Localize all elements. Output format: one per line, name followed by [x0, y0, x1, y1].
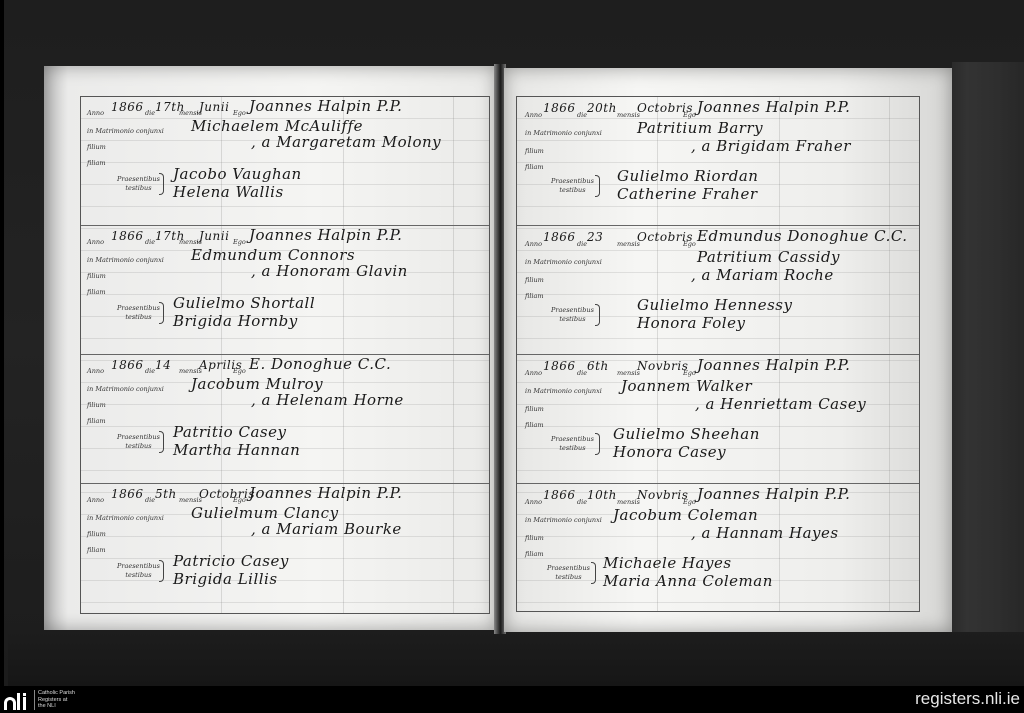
entry-bride: , a Margaretam Molony [251, 133, 441, 151]
label-anno: Anno [525, 111, 542, 119]
label-filium: filium [87, 143, 106, 151]
entry-day: 20th [587, 101, 617, 115]
entry-priest: Joannes Halpin P.P. [697, 356, 850, 374]
label-praesentibus-testibus: Praesentibustestibus [117, 433, 160, 451]
entry-month: Junii [199, 229, 229, 243]
entry-day: 14 [155, 358, 171, 372]
entry-day: 5th [155, 487, 177, 501]
label-filium: filium [87, 530, 106, 538]
label-ego: Ego [233, 367, 246, 375]
label-ego: Ego [683, 369, 696, 377]
entry-day: 10th [587, 488, 617, 502]
label-praesentibus-testibus: Praesentibustestibus [551, 177, 594, 195]
marriage-entry: Anno 1866 die 10th mensis Novbris Ego Jo… [517, 484, 919, 613]
entry-witness2: Honora Casey [613, 443, 726, 461]
entry-priest: Edmundus Donoghue C.C. [697, 227, 908, 245]
label-praesentibus-testibus: Praesentibustestibus [547, 564, 590, 582]
label-conjunxi: in Matrimonio conjunxi [525, 516, 602, 524]
entry-bride: , a Brigidam Fraher [691, 137, 851, 155]
brace [591, 562, 596, 584]
label-praesentibus: Praesentibus [551, 306, 594, 314]
label-filium: filium [87, 401, 106, 409]
label-anno: Anno [525, 369, 542, 377]
label-praesentibus: Praesentibus [117, 433, 160, 441]
scan-background-bottom [8, 632, 1024, 686]
entry-year: 1866 [543, 230, 576, 244]
logo-letter-i [23, 697, 26, 710]
brace [159, 560, 164, 582]
entry-witness2: Catherine Fraher [617, 185, 758, 203]
register-page-left: Anno 1866 die 17th mensis Junii Ego Joan… [44, 66, 496, 630]
entry-day: 6th [587, 359, 609, 373]
entry-month: Junii [199, 100, 229, 114]
label-filium: filium [525, 405, 544, 413]
label-conjunxi: in Matrimonio conjunxi [525, 129, 602, 137]
page-frame: Anno 1866 die 17th mensis Junii Ego Joan… [80, 96, 490, 614]
brace [595, 175, 600, 197]
label-anno: Anno [87, 367, 104, 375]
label-conjunxi: in Matrimonio conjunxi [87, 127, 164, 135]
entry-bride: , a Helenam Horne [251, 391, 404, 409]
entry-witness2: Maria Anna Coleman [603, 572, 773, 590]
label-praesentibus-testibus: Praesentibustestibus [551, 435, 594, 453]
label-filiam: filiam [525, 163, 544, 171]
brand-line: the NLI [38, 703, 75, 710]
entry-bride: , a Henriettam Casey [695, 395, 866, 413]
label-praesentibus: Praesentibus [117, 304, 160, 312]
entry-witness2: Honora Foley [637, 314, 745, 332]
entry-groom: Joannem Walker [621, 377, 752, 395]
entry-priest: Joannes Halpin P.P. [249, 97, 402, 115]
label-die: die [577, 240, 587, 248]
label-praesentibus: Praesentibus [117, 562, 160, 570]
label-testibus: testibus [125, 442, 151, 450]
entry-witness1: Gulielmo Riordan [617, 167, 758, 185]
label-conjunxi: in Matrimonio conjunxi [87, 514, 164, 522]
logo-letter-l [17, 693, 20, 710]
entry-witness2: Brigida Hornby [173, 312, 298, 330]
entry-witness2: Brigida Lillis [173, 570, 278, 588]
label-ego: Ego [683, 498, 696, 506]
marriage-entry: Anno 1866 die 6th mensis Novbris Ego Joa… [517, 355, 919, 484]
marriage-entry: Anno 1866 die 5th mensis Octobris Ego Jo… [81, 484, 489, 613]
label-ego: Ego [233, 109, 246, 117]
brace [159, 431, 164, 453]
brand-line: Catholic Parish [38, 690, 75, 697]
entry-year: 1866 [111, 487, 144, 501]
label-anno: Anno [87, 496, 104, 504]
label-conjunxi: in Matrimonio conjunxi [525, 258, 602, 266]
entry-bride: , a Mariam Roche [691, 266, 834, 284]
label-ego: Ego [683, 240, 696, 248]
label-die: die [577, 498, 587, 506]
entry-month: Octobris [199, 487, 255, 501]
entry-groom: Jacobum Coleman [613, 506, 758, 524]
logo-letter-n [4, 697, 16, 710]
entry-witness2: Helena Wallis [173, 183, 284, 201]
label-conjunxi: in Matrimonio conjunxi [87, 256, 164, 264]
label-filium: filium [525, 534, 544, 542]
entry-year: 1866 [543, 488, 576, 502]
label-filiam: filiam [525, 421, 544, 429]
entry-day: 23 [587, 230, 603, 244]
label-praesentibus-testibus: Praesentibustestibus [117, 562, 160, 580]
label-praesentibus-testibus: Praesentibustestibus [551, 306, 594, 324]
brand-tagline: Catholic Parish Registers at the NLI [34, 690, 75, 710]
label-filium: filium [87, 272, 106, 280]
entry-witness1: Michaele Hayes [603, 554, 732, 572]
label-ego: Ego [233, 238, 246, 246]
label-die: die [145, 496, 155, 504]
label-die: die [145, 109, 155, 117]
scan-viewer[interactable]: Anno 1866 die 17th mensis Junii Ego Joan… [0, 0, 1024, 686]
entry-bride: , a Mariam Bourke [251, 520, 402, 538]
label-filiam: filiam [525, 292, 544, 300]
entry-priest: Joannes Halpin P.P. [249, 484, 402, 502]
entry-bride: , a Honoram Glavin [251, 262, 408, 280]
marriage-entry: Anno 1866 die 14 mensis Aprilis Ego E. D… [81, 355, 489, 484]
entry-priest: Joannes Halpin P.P. [697, 485, 850, 503]
marriage-entry: Anno 1866 die 23 mensis Octobris Ego Edm… [517, 226, 919, 355]
label-praesentibus-testibus: Praesentibustestibus [117, 304, 160, 322]
entry-witness1: Patritio Casey [173, 423, 286, 441]
label-filiam: filiam [87, 546, 106, 554]
label-conjunxi: in Matrimonio conjunxi [87, 385, 164, 393]
label-filium: filium [525, 147, 544, 155]
label-filiam: filiam [87, 288, 106, 296]
label-anno: Anno [525, 498, 542, 506]
label-testibus: testibus [125, 571, 151, 579]
entry-year: 1866 [543, 359, 576, 373]
label-anno: Anno [525, 240, 542, 248]
label-praesentibus: Praesentibus [117, 175, 160, 183]
scan-background-edge [952, 62, 1024, 662]
entry-year: 1866 [111, 229, 144, 243]
label-testibus: testibus [559, 186, 585, 194]
entry-groom: Patritium Cassidy [697, 248, 840, 266]
entry-groom: Patritium Barry [637, 119, 763, 137]
label-testibus: testibus [125, 184, 151, 192]
label-praesentibus: Praesentibus [547, 564, 590, 572]
brace [595, 304, 600, 326]
marriage-entry: Anno 1866 die 20th mensis Octobris Ego J… [517, 97, 919, 226]
brace [159, 173, 164, 195]
label-testibus: testibus [555, 573, 581, 581]
entry-priest: E. Donoghue C.C. [249, 355, 391, 373]
register-page-right: Anno 1866 die 20th mensis Octobris Ego J… [504, 68, 952, 632]
brace [159, 302, 164, 324]
entry-year: 1866 [111, 358, 144, 372]
label-anno: Anno [87, 238, 104, 246]
label-die: die [145, 367, 155, 375]
entry-priest: Joannes Halpin P.P. [697, 98, 850, 116]
entry-witness1: Gulielmo Sheehan [613, 425, 760, 443]
entry-month: Novbris [637, 359, 688, 373]
page-frame: Anno 1866 die 20th mensis Octobris Ego J… [516, 96, 920, 612]
entry-priest: Joannes Halpin P.P. [249, 226, 402, 244]
label-testibus: testibus [125, 313, 151, 321]
footer-bar: Catholic Parish Registers at the NLI reg… [0, 686, 1024, 713]
label-testibus: testibus [559, 444, 585, 452]
entry-witness1: Gulielmo Shortall [173, 294, 315, 312]
label-testibus: testibus [559, 315, 585, 323]
label-praesentibus: Praesentibus [551, 435, 594, 443]
label-praesentibus: Praesentibus [551, 177, 594, 185]
entry-year: 1866 [543, 101, 576, 115]
entry-month: Novbris [637, 488, 688, 502]
label-filiam: filiam [87, 159, 106, 167]
label-die: die [577, 369, 587, 377]
label-filiam: filiam [87, 417, 106, 425]
label-die: die [577, 111, 587, 119]
site-link[interactable]: registers.nli.ie [915, 689, 1020, 709]
entry-witness1: Patricio Casey [173, 552, 289, 570]
label-ego: Ego [683, 111, 696, 119]
entry-witness1: Jacobo Vaughan [173, 165, 302, 183]
label-ego: Ego [233, 496, 246, 504]
entry-bride: , a Hannam Hayes [691, 524, 839, 542]
marriage-entry: Anno 1866 die 17th mensis Junii Ego Joan… [81, 97, 489, 226]
nli-logo-icon[interactable] [4, 690, 26, 710]
label-praesentibus-testibus: Praesentibustestibus [117, 175, 160, 193]
marriage-entry: Anno 1866 die 17th mensis Junii Ego Joan… [81, 226, 489, 355]
label-filiam: filiam [525, 550, 544, 558]
label-filium: filium [525, 276, 544, 284]
label-anno: Anno [87, 109, 104, 117]
brace [595, 433, 600, 455]
label-die: die [145, 238, 155, 246]
entry-witness2: Martha Hannan [173, 441, 300, 459]
entry-year: 1866 [111, 100, 144, 114]
entry-witness1: Gulielmo Hennessy [637, 296, 792, 314]
label-conjunxi: in Matrimonio conjunxi [525, 387, 602, 395]
